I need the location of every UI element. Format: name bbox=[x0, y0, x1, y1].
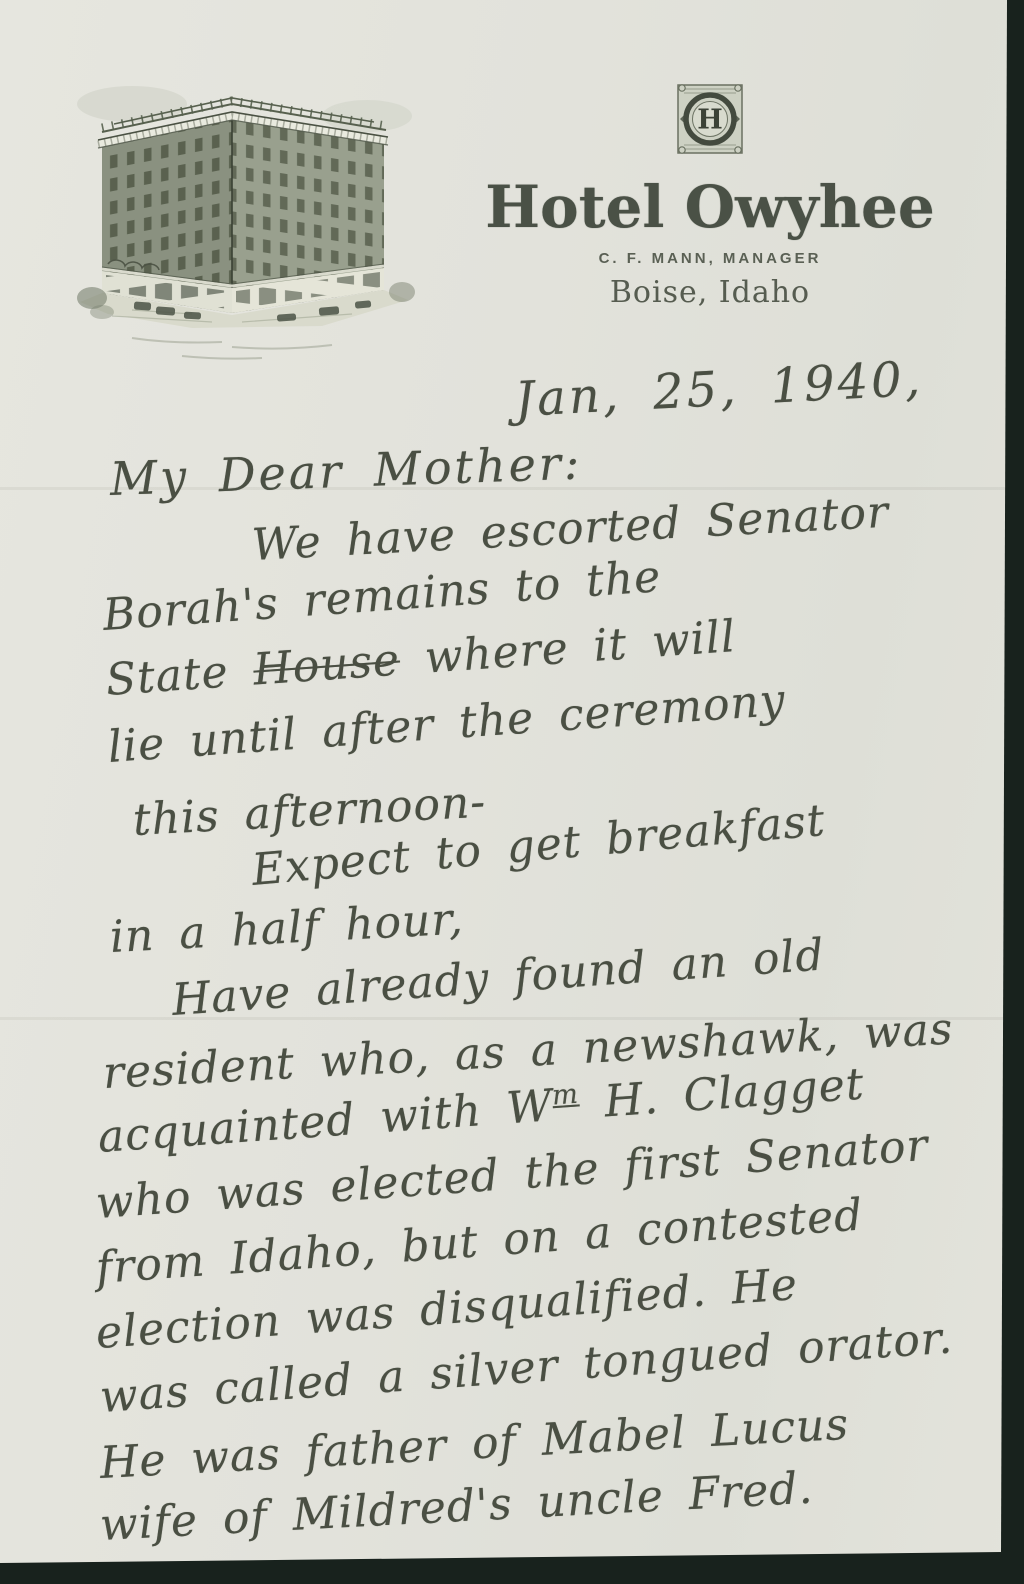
monogram-letter: H bbox=[697, 105, 723, 136]
line-text: where it will bbox=[398, 611, 737, 685]
hotel-name: Hotel Owyhee bbox=[478, 178, 942, 236]
date-line: Jan, 25, 1940, bbox=[514, 351, 925, 428]
hotel-building-illustration bbox=[72, 66, 417, 366]
line-text: State bbox=[104, 645, 255, 706]
location-line: Boise, Idaho bbox=[478, 275, 942, 310]
struck-word: House bbox=[252, 635, 402, 696]
superscript-abbreviation: m bbox=[551, 1079, 580, 1112]
letter-line: in a half hour, bbox=[109, 894, 465, 963]
letter-paper: H Hotel Owyhee C. F. MANN, MANAGER Boise… bbox=[0, 0, 1024, 1584]
salutation: My Dear Mother: bbox=[109, 436, 583, 506]
hotel-monogram-badge-icon: H bbox=[671, 74, 749, 164]
manager-line: C. F. MANN, MANAGER bbox=[478, 250, 942, 267]
letterhead: H Hotel Owyhee C. F. MANN, MANAGER Boise… bbox=[478, 74, 942, 310]
